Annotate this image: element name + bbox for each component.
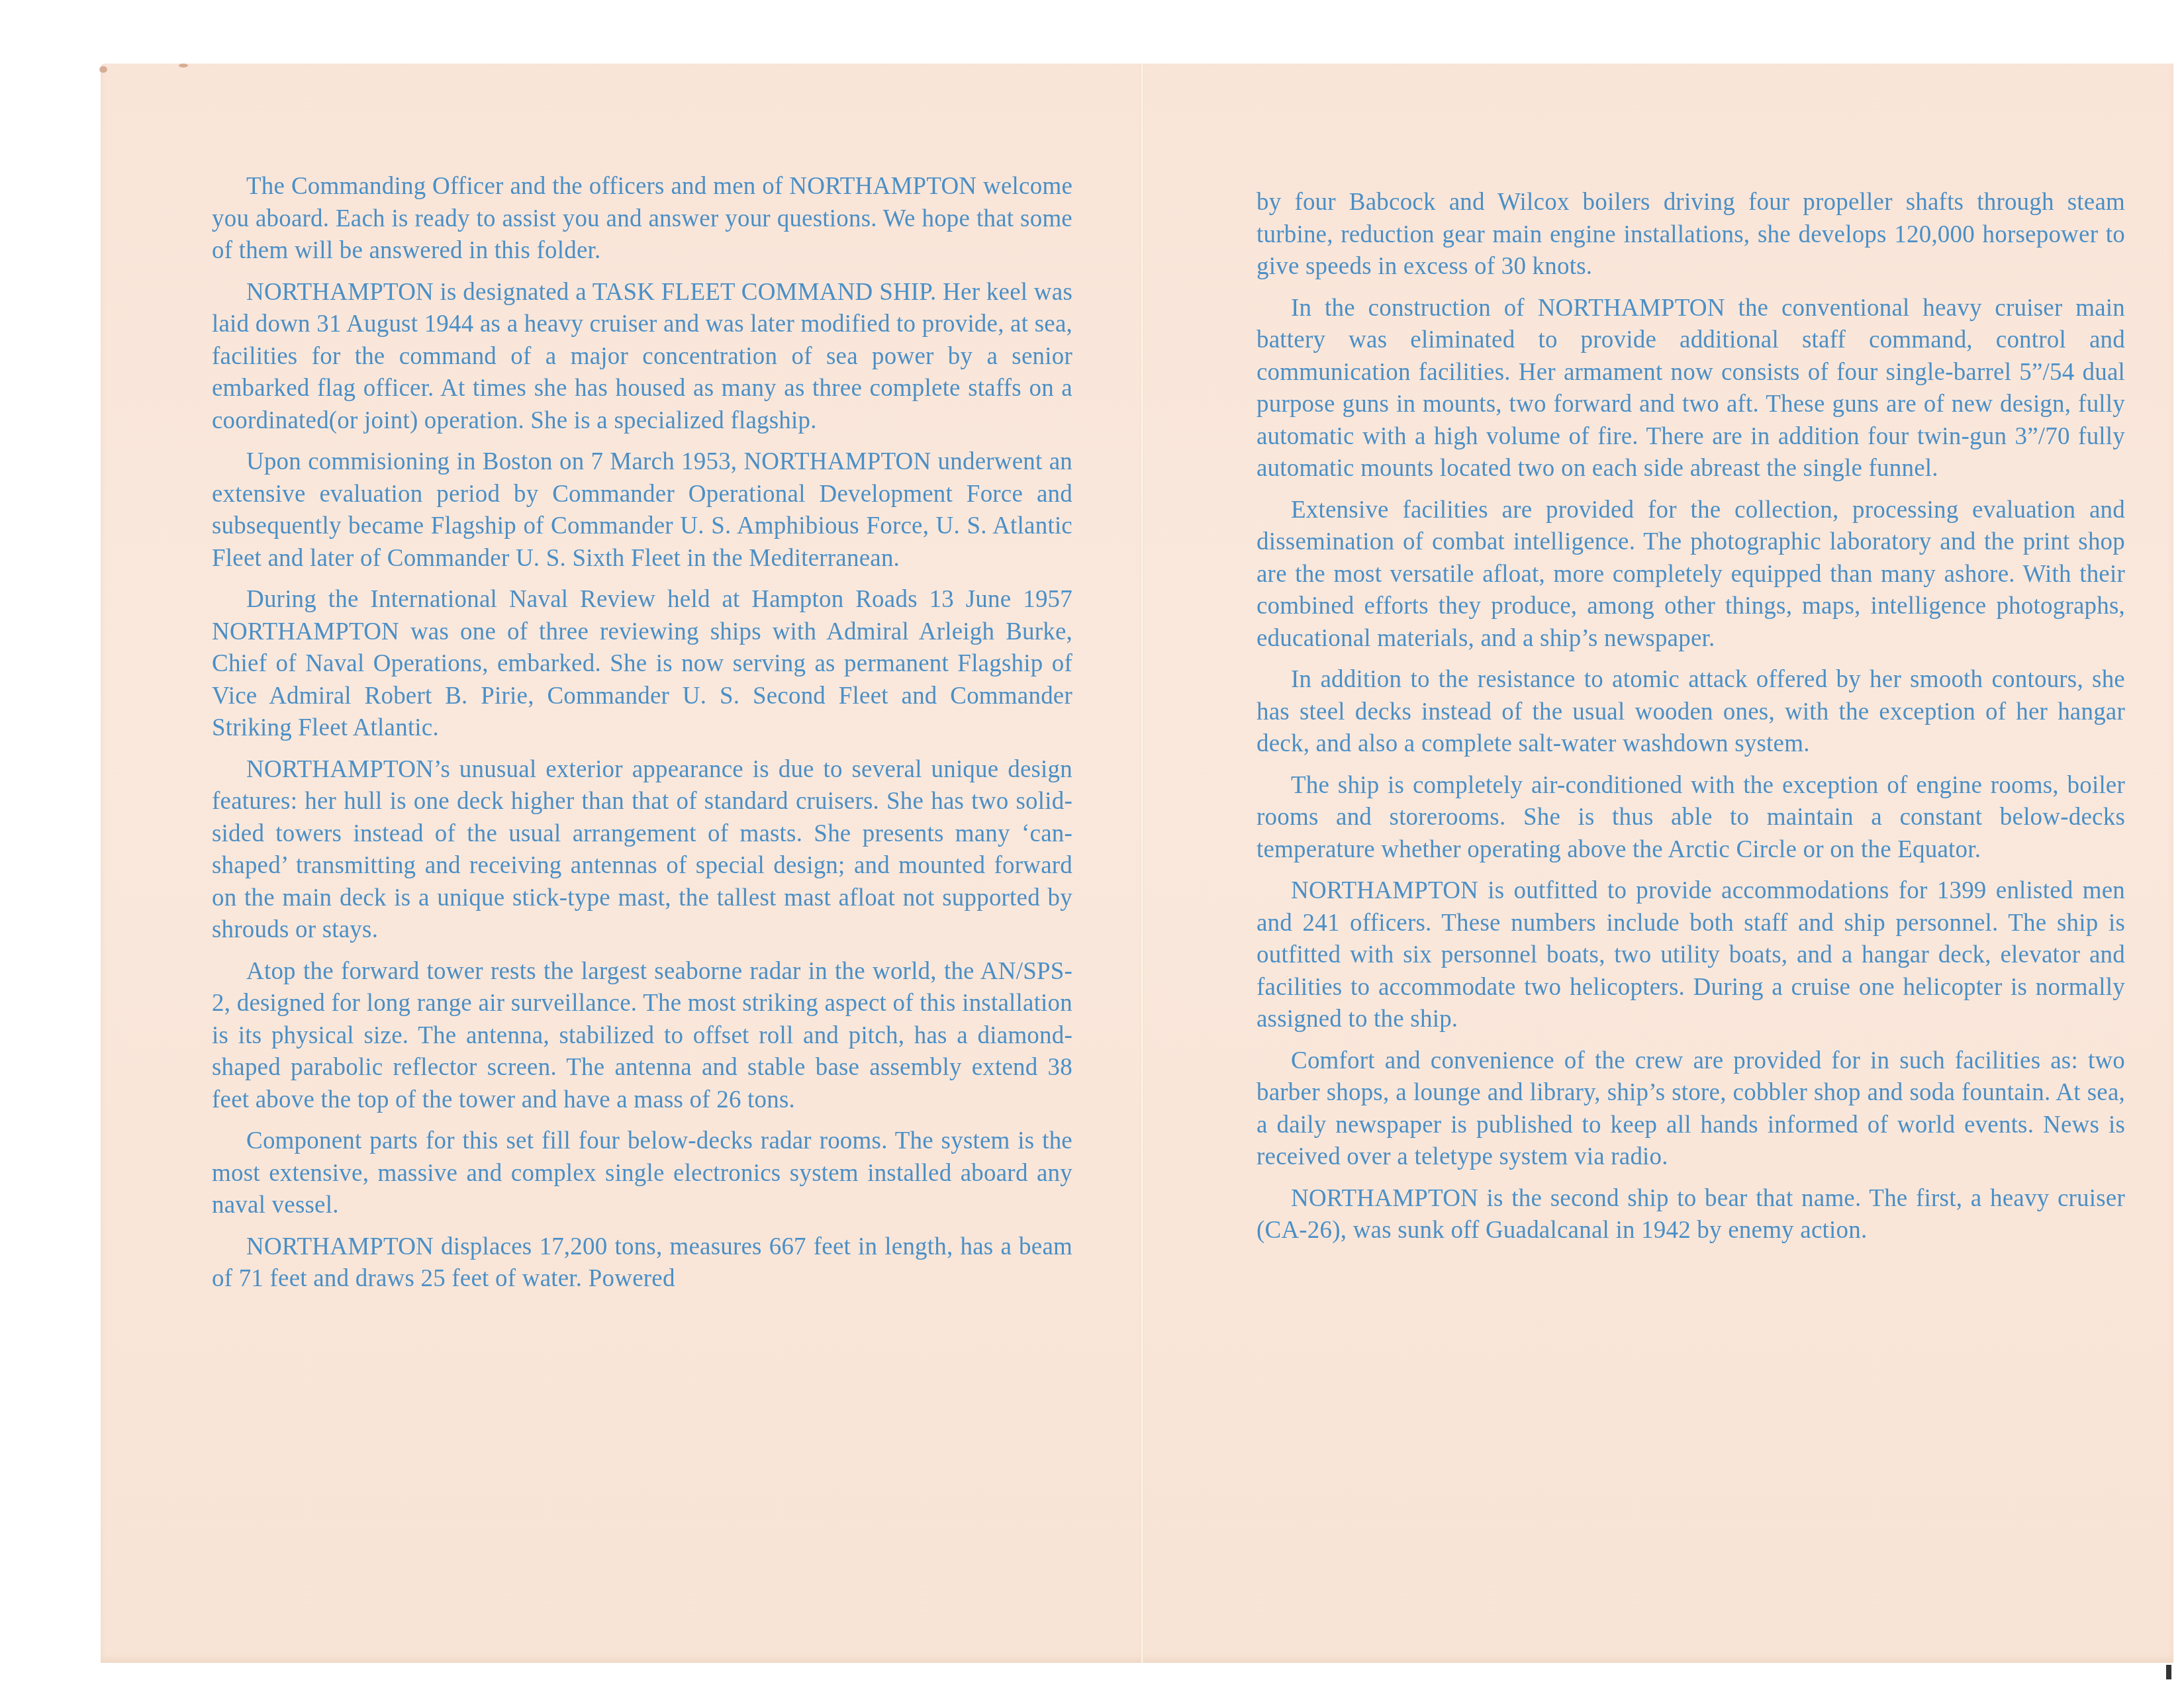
right-page-text: by four Babcock and Wilcox boilers drivi… [1257, 187, 2125, 1256]
paragraph-propulsion-continued: by four Babcock and Wilcox boilers drivi… [1257, 187, 2125, 283]
center-fold [1140, 64, 1144, 1663]
paragraph-radar: Atop the forward tower rests the largest… [212, 956, 1072, 1117]
scan-edge-mark [2166, 1665, 2171, 1679]
paragraph-armament: In the construction of NORTHAMPTON the c… [1257, 293, 2125, 485]
paragraph-dimensions: NORTHAMPTON displaces 17,200 tons, measu… [212, 1231, 1072, 1295]
paragraph-intelligence: Extensive facilities are provided for th… [1257, 494, 2125, 655]
paragraph-comfort: Comfort and convenience of the crew are … [1257, 1045, 2125, 1174]
paragraph-components: Component parts for this set fill four b… [212, 1125, 1072, 1222]
stain-mark [179, 64, 188, 68]
paragraph-accommodations: NORTHAMPTON is outfitted to provide acco… [1257, 875, 2125, 1036]
paragraph-air-conditioning: The ship is completely air-conditioned w… [1257, 770, 2125, 867]
paragraph-designation: NORTHAMPTON is designated a TASK FLEET C… [212, 277, 1072, 438]
paragraph-history: NORTHAMPTON is the second ship to bear t… [1257, 1183, 2125, 1247]
paragraph-atomic-resistance: In addition to the resistance to atomic … [1257, 664, 2125, 761]
stain-mark [99, 66, 107, 73]
paragraph-exterior: NORTHAMPTON’s unusual exterior appearanc… [212, 754, 1072, 947]
left-page-text: The Commanding Officer and the officers … [212, 171, 1072, 1305]
paragraph-commissioning: Upon commisioning in Boston on 7 March 1… [212, 446, 1072, 575]
paragraph-welcome: The Commanding Officer and the officers … [212, 171, 1072, 267]
paragraph-naval-review: During the International Naval Review he… [212, 584, 1072, 745]
